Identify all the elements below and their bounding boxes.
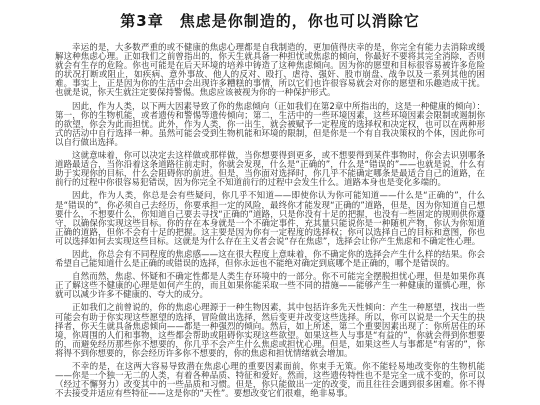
paragraph-8: 不幸的是，在这两大容易导致潜在焦虑心理的重要因素面前，你束手无策。你不能轻易地改…: [55, 363, 485, 399]
body-text: 幸运的是，大多数严重的或不健康的焦虑心理都是自我制造的，更加值得庆幸的是，你完全…: [55, 44, 485, 399]
paragraph-7: 正如我们之前曾说的，你的焦虑心理源于一种生物因素，其中包括许多先天性倾向：产生一…: [55, 304, 485, 359]
document-page: 第3章 焦虑是你制造的，你也可以消除它 幸运的是，大多数严重的或不健康的焦虑心理…: [0, 0, 540, 405]
paragraph-3: 这就意味着，你可以决定去这样做或那样做，当你想要得到更多，或不想要得到某件事物时…: [55, 152, 485, 188]
paragraph-1: 幸运的是，大多数严重的或不健康的焦虑心理都是自我制造的，更加值得庆幸的是，你完全…: [55, 44, 485, 99]
paragraph-5: 因此，你总会有不同程度的焦虑感——这在很大程度上意味着，你不确定你的选择会产生什…: [55, 251, 485, 269]
paragraph-2: 因此，作为人类，以下两大因素导致了你的焦虑倾向（正如我们在第2章中所指出的，这是…: [55, 103, 485, 148]
paragraph-6: 自然而然，焦虑、怀疑和不确定性都是人类生存环境中的一部分。你不可能完全摆脱担忧心…: [55, 273, 485, 300]
chapter-title: 第3章 焦虑是你制造的，你也可以消除它: [55, 10, 485, 31]
paragraph-4: 因此，作为人类，你总是会有些疑问，你几乎不知道——即使你认为你可能知道——什么是…: [55, 192, 485, 247]
